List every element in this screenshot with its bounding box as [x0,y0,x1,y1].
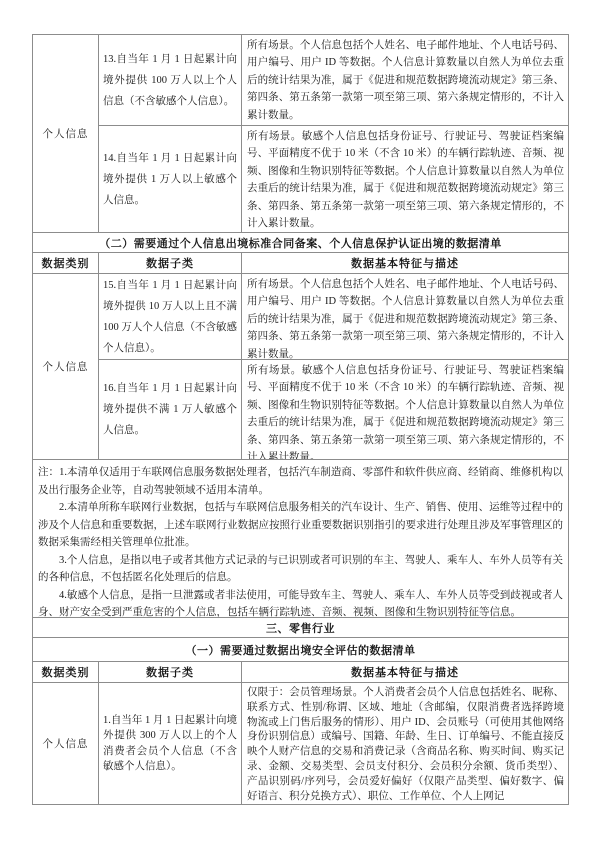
data-subclass-text-16: 16.自当年 1 月 1 日起累计向境外提供不满 1 万人敏感个人信息。 [103,378,237,441]
table-rows-15-16: 个人信息 15.自当年 1 月 1 日起累计向境外提供 10 万人以上且不满 1… [33,274,568,460]
note-paragraph-3: 3.个人信息，是指以电子或者其他方式记录的与已识别或者可识别的车主、驾驶人、乘车… [38,552,563,587]
section-title-row-security-assessment: （一）需要通过数据出境安全评估的数据清单 [33,638,568,662]
column-header-row-2: 数据类别 数据子类 数据基本特征与描述 [33,662,568,683]
data-desc-cell-retail-1: 仅限于：会员管理场景。个人消费者会员个人信息包括姓名、昵称、联系方式、性别/称谓… [242,683,568,804]
data-desc-cell-13: 所有场景。个人信息包括个人姓名、电子邮件地址、个人电话号码、用户编号、用户 ID… [242,35,568,126]
col-header-category: 数据类别 [33,253,99,273]
section-title-row-standard-contract: （二）需要通过个人信息出境标准合同备案、个人信息保护认证出境的数据清单 [33,233,568,253]
col-header-category: 数据类别 [33,662,99,682]
col-header-desc: 数据基本特征与描述 [242,253,568,273]
col-header-subclass: 数据子类 [99,253,242,273]
industry-title-row-retail: 三、零售行业 [33,618,568,638]
data-subclass-text-15: 15.自当年 1 月 1 日起累计向境外提供 10 万人以上且不满 100 万人… [103,275,237,359]
note-paragraph-1: 注：1.本清单仅适用于车联网信息服务数据处理者，包括汽车制造商、零部件和软件供应… [38,464,563,499]
section-title-security-assessment: （一）需要通过数据出境安全评估的数据清单 [186,642,416,658]
col-header-desc: 数据基本特征与描述 [242,662,568,682]
data-subclass-text-14: 14.自当年 1 月 1 日起累计向境外提供 1 万人以上敏感个人信息。 [103,148,237,211]
data-category-cell: 个人信息 [33,274,99,459]
table-rows-13-14: 个人信息 13.自当年 1 月 1 日起累计向境外提供 100 万人以上个人信息… [33,35,568,233]
data-desc-cell-16: 所有场景。敏感个人信息包括身份证号、行驶证号、驾驶证档案编号、平面精度不优于 1… [242,360,568,459]
data-subclass-cell-14: 14.自当年 1 月 1 日起累计向境外提供 1 万人以上敏感个人信息。 [99,126,242,232]
data-desc-cell-14: 所有场景。敏感个人信息包括身份证号、行驶证号、驾驶证档案编号、平面精度不优于 1… [242,126,568,232]
data-category-cell: 个人信息 [33,35,99,232]
data-subclass-cell-15: 15.自当年 1 月 1 日起累计向境外提供 10 万人以上且不满 100 万人… [99,274,242,360]
table-row-retail-1: 个人信息 1.自当年 1 月 1 日起累计向境外提供 300 万人以上的个人消费… [33,683,568,804]
data-subclass-cell-retail-1: 1.自当年 1 月 1 日起累计向境外提供 300 万人以上的个人消费者会员个人… [99,683,242,804]
data-desc-cell-15: 所有场景。个人信息包括个人姓名、电子邮件地址、个人电话号码、用户编号、用户 ID… [242,274,568,360]
data-subclass-text-13: 13.自当年 1 月 1 日起累计向境外提供 100 万人以上个人信息（不含敏感… [103,49,237,112]
note-paragraph-4: 4.敏感个人信息，是指一旦泄露或者非法使用，可能导致车主、驾驶人、乘车人、车外人… [38,587,563,619]
data-subclass-cell-16: 16.自当年 1 月 1 日起累计向境外提供不满 1 万人敏感个人信息。 [99,360,242,459]
industry-title-retail: 三、零售行业 [266,620,335,636]
regulation-data-export-table: 个人信息 13.自当年 1 月 1 日起累计向境外提供 100 万人以上个人信息… [32,34,569,805]
data-subclass-cell-13: 13.自当年 1 月 1 日起累计向境外提供 100 万人以上个人信息（不含敏感… [99,35,242,126]
section-title-standard-contract: （二）需要通过个人信息出境标准合同备案、个人信息保护认证出境的数据清单 [99,235,502,251]
note-paragraph-2: 2.本清单所称车联网行业数据，包括与车联网信息服务相关的汽车设计、生产、销售、使… [38,499,563,552]
notes-cell: 注：1.本清单仅适用于车联网信息服务数据处理者，包括汽车制造商、零部件和软件供应… [33,460,568,618]
data-category-cell: 个人信息 [33,683,99,804]
column-header-row-1: 数据类别 数据子类 数据基本特征与描述 [33,253,568,274]
col-header-subclass: 数据子类 [99,662,242,682]
data-subclass-text-retail-1: 1.自当年 1 月 1 日起累计向境外提供 300 万人以上的个人消费者会员个人… [103,713,237,775]
